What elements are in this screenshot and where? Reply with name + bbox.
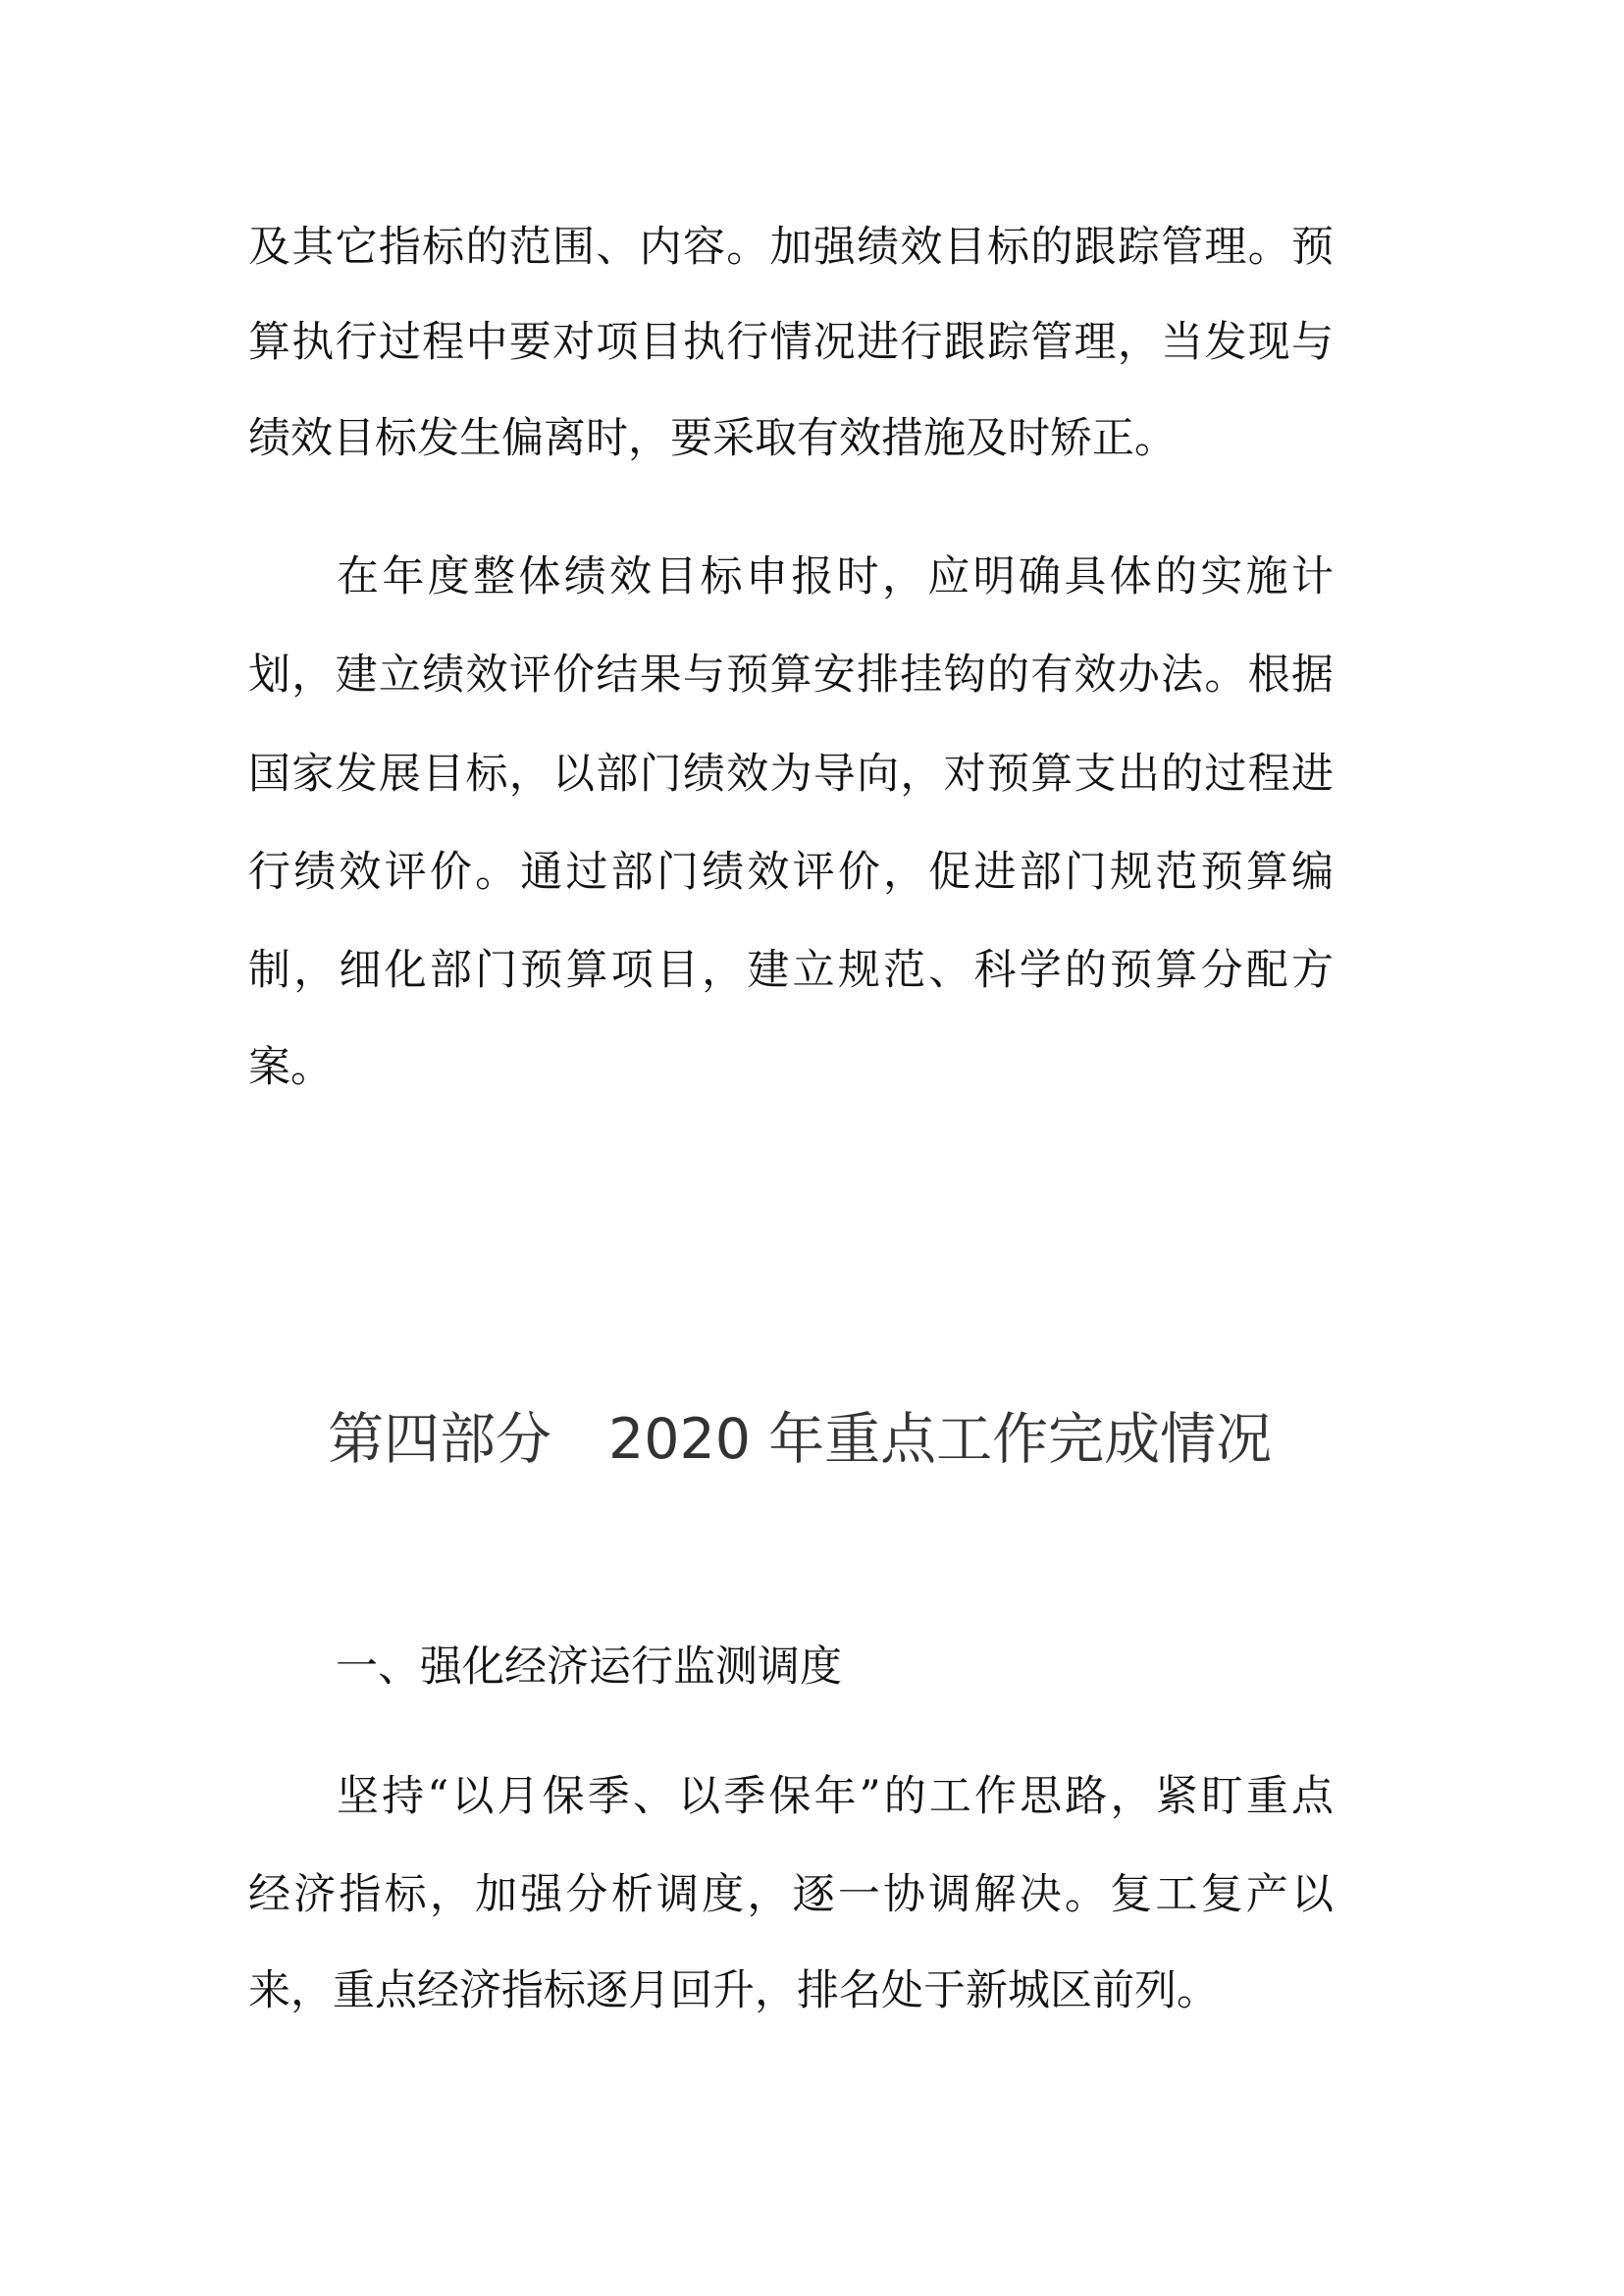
paragraph-line: 绩效目标发生偏离时，要采取有效措施及时矫正。 xyxy=(248,416,1334,461)
subsection-heading: 一、强化经济运行监测调度 xyxy=(336,1643,842,1692)
paragraph-line: 坚持“以月保季、以季保年”的工作思路，紧盯重点 xyxy=(337,1774,1334,1819)
paragraph-line: 国家发展目标，以部门绩效为导向，对预算支出的过程进 xyxy=(248,752,1334,797)
paragraph-line: 算执行过程中要对项目执行情况进行跟踪管理，当发现与 xyxy=(248,320,1334,365)
paragraph-line: 在年度整体绩效目标申报时，应明确具体的实施计 xyxy=(337,554,1334,600)
paragraph-line: 经济指标，加强分析调度，逐一协调解决。复工复产以 xyxy=(248,1872,1334,1917)
section-title: 2020 年重点工作完成情况 xyxy=(608,1407,1272,1472)
paragraph-line: 及其它指标的范围、内容。加强绩效目标的跟踪管理。预 xyxy=(248,225,1334,270)
section-part-label: 第四部分 xyxy=(328,1407,551,1472)
document-page: 及其它指标的范围、内容。加强绩效目标的跟踪管理。预 算执行过程中要对项目执行情况… xyxy=(0,0,1624,2296)
paragraph-line: 划，建立绩效评价结果与预算安排挂钩的有效办法。根据 xyxy=(248,652,1334,698)
paragraph-line: 来，重点经济指标逐月回升，排名处于新城区前列。 xyxy=(248,1968,1334,2013)
section-heading: 第四部分2020 年重点工作完成情况 xyxy=(328,1405,1299,1474)
paragraph-line: 案。 xyxy=(248,1045,1334,1090)
paragraph-line: 行绩效评价。通过部门绩效评价，促进部门规范预算编 xyxy=(248,850,1334,895)
paragraph-line: 制，细化部门预算项目，建立规范、科学的预算分配方 xyxy=(248,948,1334,993)
